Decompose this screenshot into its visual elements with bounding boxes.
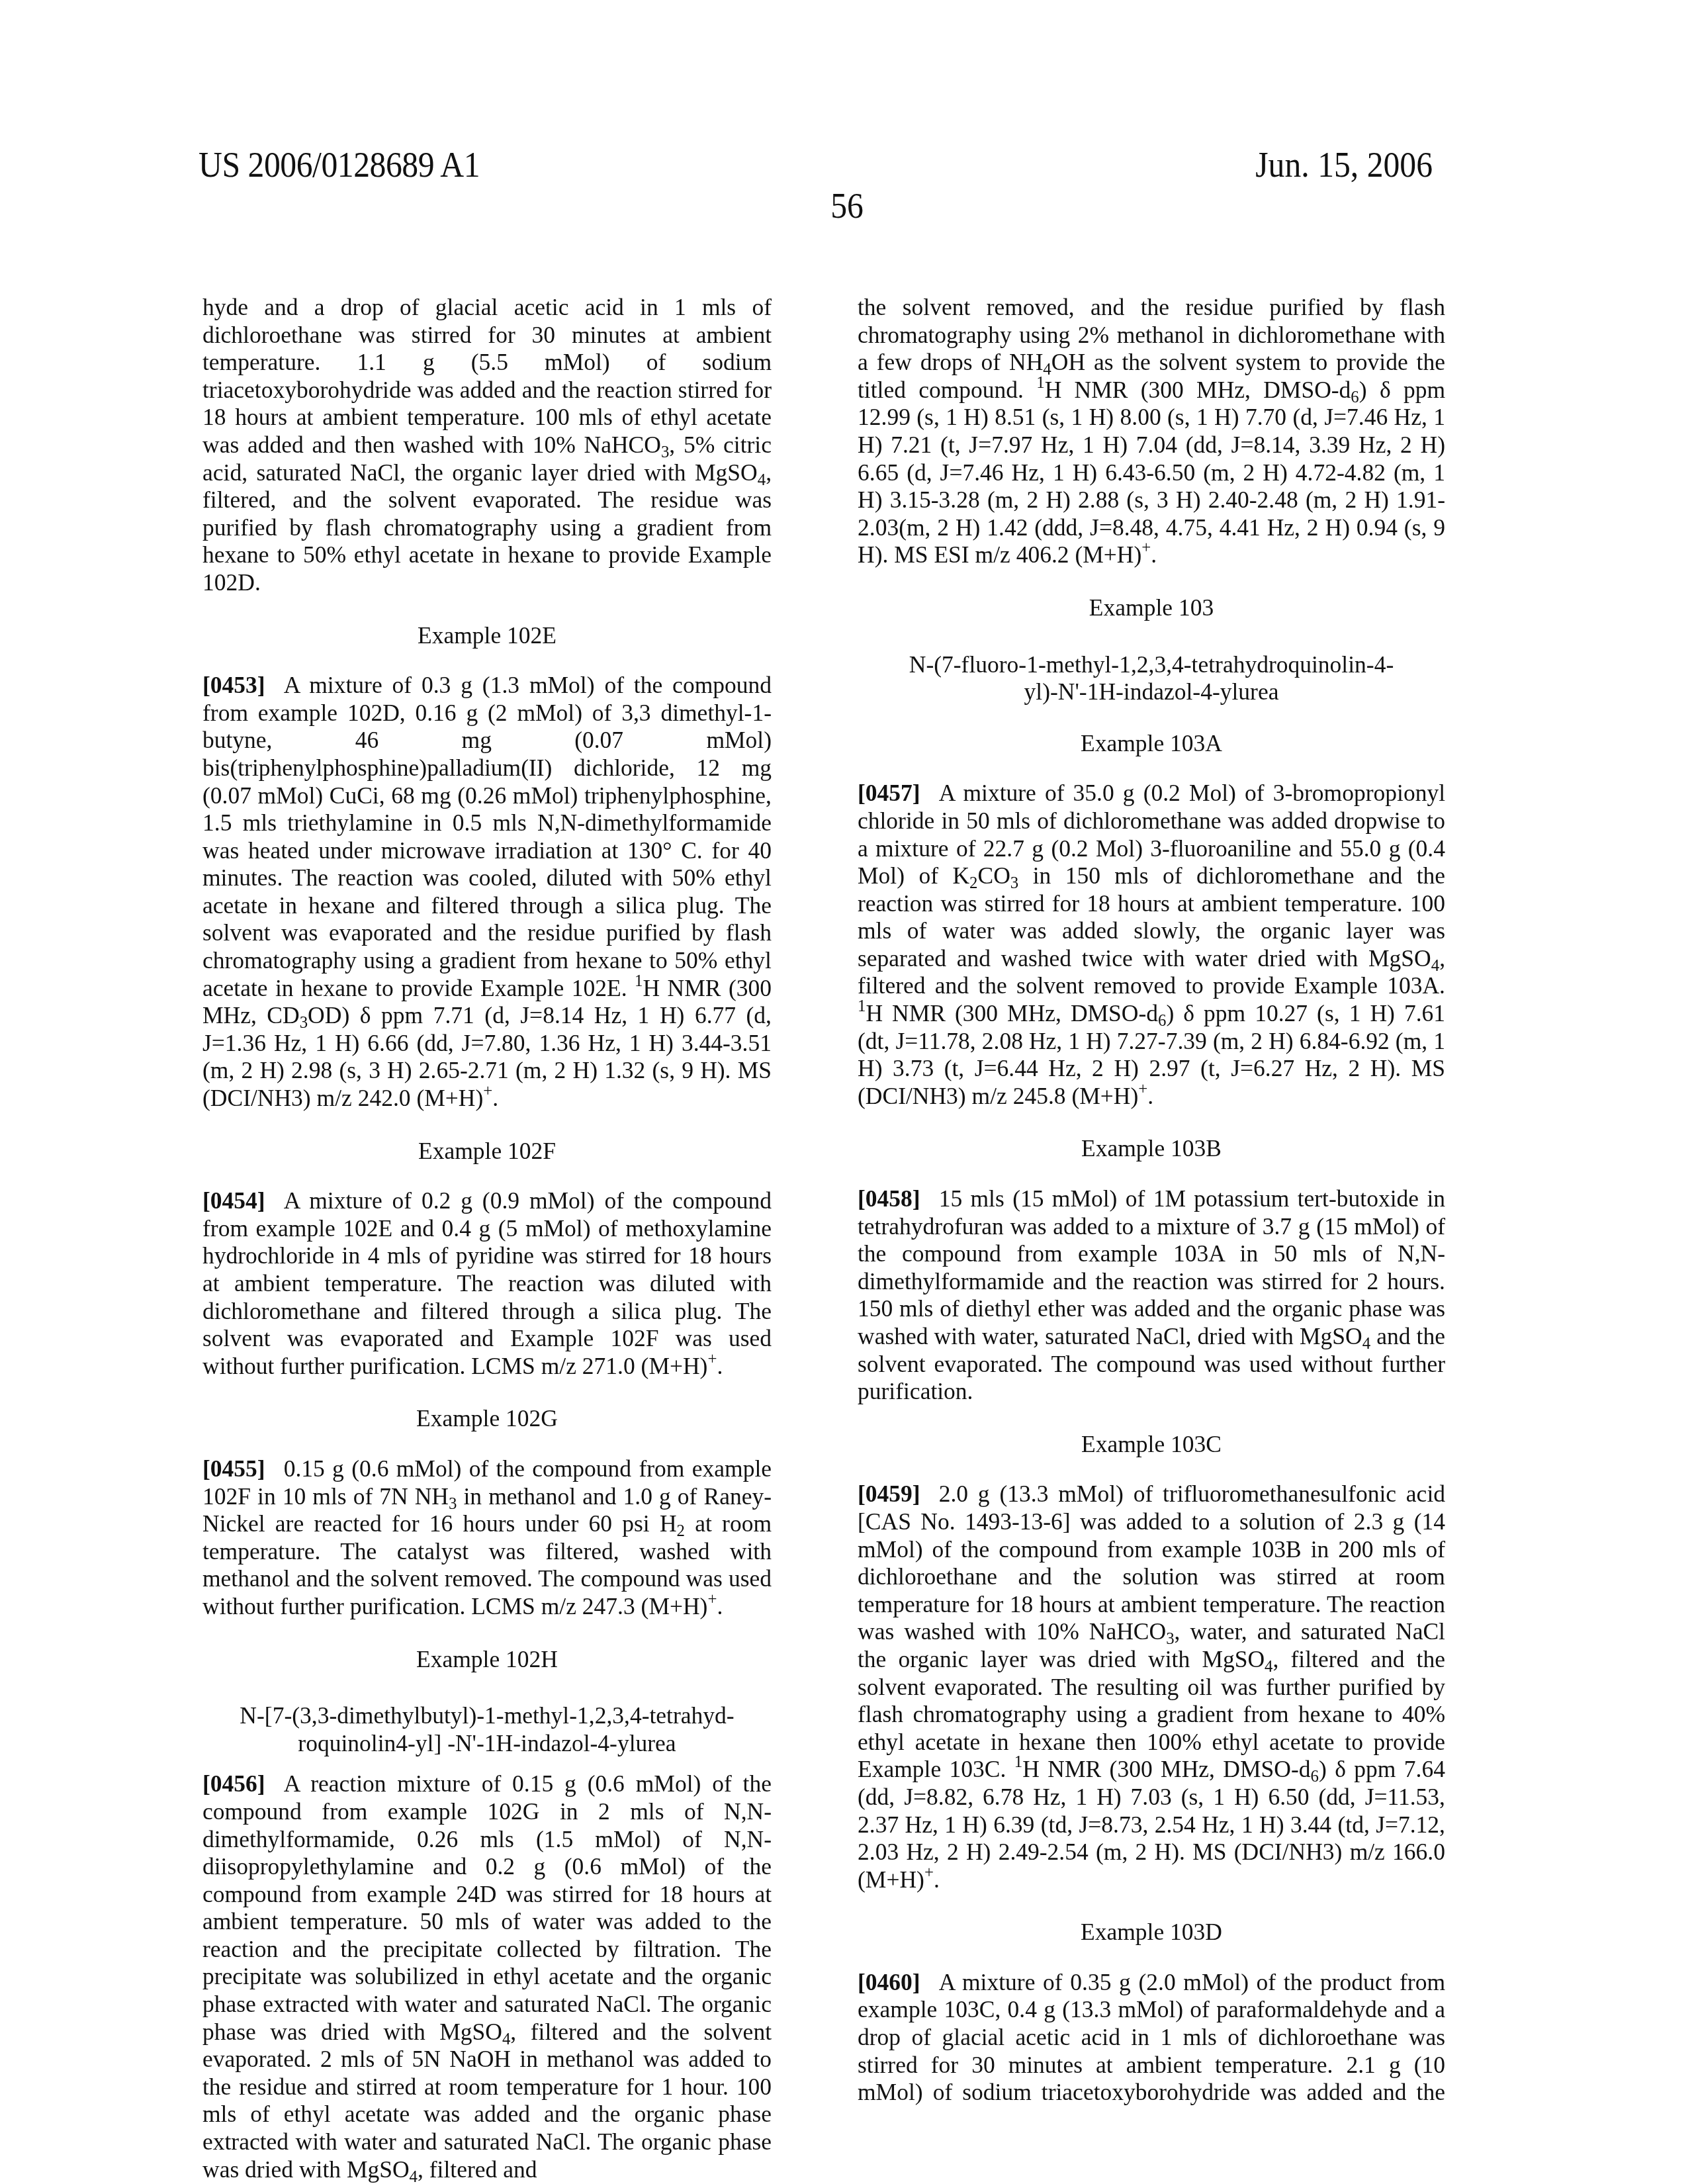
paragraph-0455: [0455]0.15 g (0.6 mMol) of the compound … xyxy=(202,1455,772,1621)
paragraph-number: [0454] xyxy=(202,1187,265,1214)
paragraph-0459: [0459]2.0 g (13.3 mMol) of trifluorometh… xyxy=(858,1480,1445,1893)
paragraph-0453: [0453]A mixture of 0.3 g (1.3 mMol) of t… xyxy=(202,672,772,1113)
paragraph-number: [0456] xyxy=(202,1770,265,1797)
paragraph-number: [0457] xyxy=(858,780,920,806)
paragraph-0460: [0460]A mixture of 0.35 g (2.0 mMol) of … xyxy=(858,1969,1445,2107)
paragraph-continuation: hyde and a drop of glacial acetic acid i… xyxy=(202,294,772,597)
example-heading-102h: Example 102H xyxy=(202,1646,772,1674)
paragraph-number: [0458] xyxy=(858,1185,920,1212)
compound-name-102h: N-[7-(3,3-dimethylbutyl)-1-methyl-1,2,3,… xyxy=(202,1702,772,1757)
paragraph-number: [0460] xyxy=(858,1969,920,1995)
example-heading-103c: Example 103C xyxy=(858,1431,1445,1459)
paragraph-number: [0455] xyxy=(202,1455,265,1482)
example-heading-103b: Example 103B xyxy=(858,1135,1445,1163)
paragraph-continuation: the solvent removed, and the residue pur… xyxy=(858,294,1445,569)
paragraph-0458: [0458]15 mls (15 mMol) of 1M potassium t… xyxy=(858,1185,1445,1406)
paragraph-0454: [0454]A mixture of 0.2 g (0.9 mMol) of t… xyxy=(202,1187,772,1380)
example-heading-103d: Example 103D xyxy=(858,1919,1445,1946)
paragraph-number: [0453] xyxy=(202,672,265,698)
publication-date: Jun. 15, 2006 xyxy=(1255,144,1433,185)
example-heading-102e: Example 102E xyxy=(202,622,772,650)
example-heading-102g: Example 102G xyxy=(202,1405,772,1433)
example-heading-102f: Example 102F xyxy=(202,1138,772,1165)
paragraph-0457: [0457]A mixture of 35.0 g (0.2 Mol) of 3… xyxy=(858,780,1445,1110)
left-column: hyde and a drop of glacial acetic acid i… xyxy=(202,294,772,2183)
page-number: 56 xyxy=(67,185,1626,226)
example-heading-103: Example 103 xyxy=(858,594,1445,622)
example-heading-103a: Example 103A xyxy=(858,730,1445,758)
paragraph-number: [0459] xyxy=(858,1480,920,1507)
paragraph-0456: [0456]A reaction mixture of 0.15 g (0.6 … xyxy=(202,1770,772,2183)
patent-number: US 2006/0128689 A1 xyxy=(199,144,480,185)
compound-name-103: N-(7-fluoro-1-methyl-1,2,3,4-tetrahydroq… xyxy=(858,651,1445,706)
right-column: the solvent removed, and the residue pur… xyxy=(858,294,1445,2107)
